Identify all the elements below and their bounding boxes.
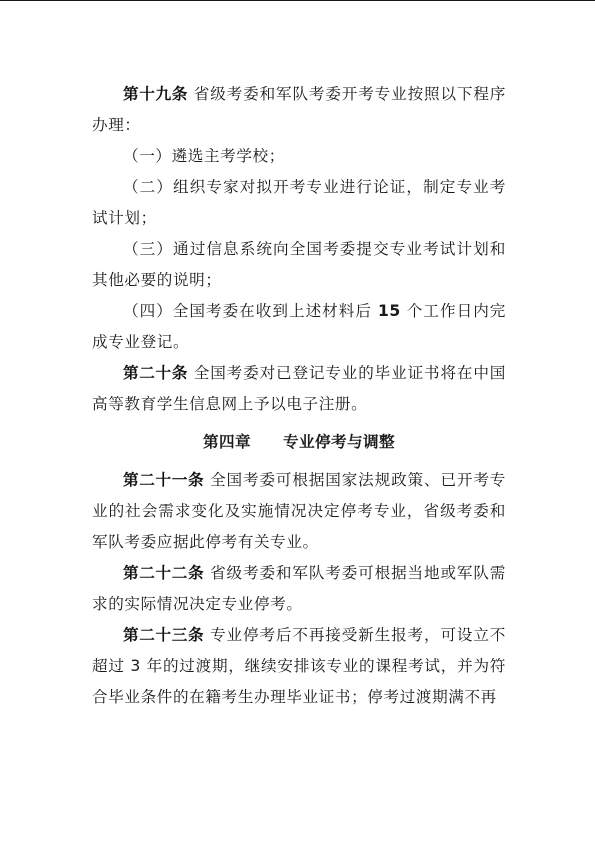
article-19-item-2: （二）组织专家对拟开考专业进行论证，制定专业考试计划； — [92, 172, 506, 234]
article-19-label: 第十九条 — [123, 85, 188, 103]
article-20-label: 第二十条 — [123, 364, 188, 382]
article-21: 第二十一条 全国考委可根据国家法规政策、已开考专业的社会需求变化及实施情况决定停… — [92, 465, 506, 558]
article-19-item-1: （一）遴选主考学校； — [92, 141, 506, 172]
article-19-item-3: （三）通过信息系统向全国考委提交专业考试计划和其他必要的说明； — [92, 234, 506, 296]
article-21-label: 第二十一条 — [123, 471, 204, 489]
item-4-text-before: （四）全国考委在收到上述材料后 — [123, 302, 378, 320]
article-19: 第十九条 省级考委和军队考委开考专业按照以下程序办理： — [92, 79, 506, 141]
page-top-border — [0, 0, 595, 1]
article-20: 第二十条 全国考委对已登记专业的毕业证书将在中国高等教育学生信息网上予以电子注册… — [92, 358, 506, 420]
chapter-title: 专业停考与调整 — [283, 433, 395, 451]
article-19-item-4: （四）全国考委在收到上述材料后 15 个工作日内完成专业登记。 — [92, 296, 506, 358]
article-22: 第二十二条 省级考委和军队考委可根据当地或军队需求的实际情况决定专业停考。 — [92, 558, 506, 620]
chapter-number: 第四章 — [203, 433, 251, 451]
item-4-days-number: 15 — [378, 302, 401, 320]
article-23: 第二十三条 专业停考后不再接受新生报考，可设立不超过 3 年的过渡期，继续安排该… — [92, 620, 506, 713]
article-22-label: 第二十二条 — [123, 564, 204, 582]
document-page: 第十九条 省级考委和军队考委开考专业按照以下程序办理： （一）遴选主考学校； （… — [92, 79, 506, 713]
chapter-heading: 第四章专业停考与调整 — [92, 427, 506, 458]
article-23-label: 第二十三条 — [123, 626, 204, 644]
